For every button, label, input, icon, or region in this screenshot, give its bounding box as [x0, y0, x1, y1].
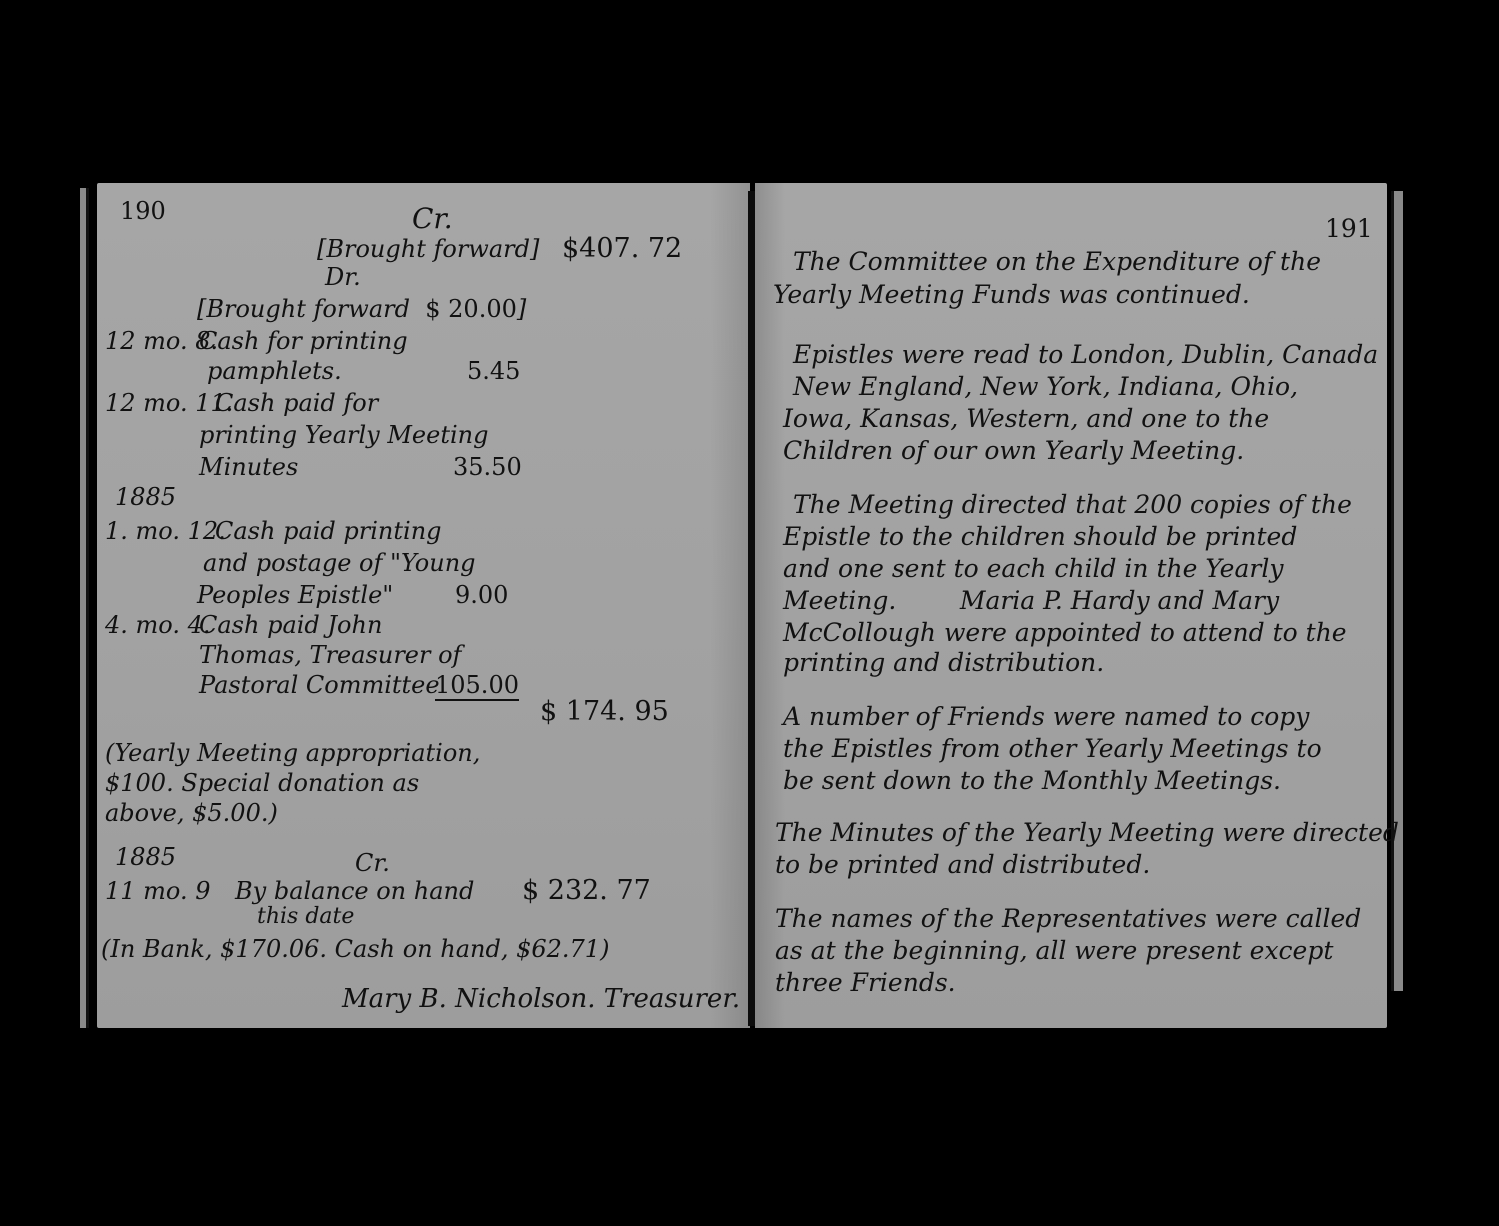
minute-line: and one sent to each child in the Yearly — [783, 555, 1283, 583]
entry-line: Cash paid printing — [215, 517, 442, 545]
entry-amount: 9.00 — [455, 581, 508, 609]
dr-brought-forward: Brought forward $ 20.00 — [197, 295, 526, 323]
entry-amount: 5.45 — [467, 357, 520, 385]
entry-line: and postage of "Young — [203, 549, 476, 577]
minute-line: The names of the Representatives were ca… — [775, 905, 1361, 933]
minute-line: Epistles were read to London, Dublin, Ca… — [793, 341, 1378, 369]
page-shadow — [710, 183, 750, 1028]
minute-line: The Committee on the Expenditure of the — [793, 248, 1321, 276]
minute-line: the Epistles from other Yearly Meetings … — [783, 735, 1322, 763]
entry-amount: 105.00 — [435, 671, 519, 701]
cr-brought-forward-label: Brought forward — [317, 235, 539, 263]
balance-line: By balance on hand — [235, 877, 474, 905]
balance-date: 11 mo. 9 — [105, 877, 210, 905]
page-shadow — [755, 183, 785, 1028]
minute-line: The Minutes of the Yearly Meeting were d… — [775, 819, 1399, 847]
dr-heading: Dr. — [325, 263, 361, 291]
balance-note: (In Bank, $170.06. Cash on hand, $62.71) — [101, 935, 609, 963]
entry-line: pamphlets. — [207, 357, 342, 385]
note-line: $100. Special donation as — [105, 769, 419, 797]
left-page: 190 Cr. Brought forward $407. 72 Dr. Bro… — [97, 183, 750, 1028]
page-number: 191 — [1325, 215, 1373, 243]
right-page: 191 The Committee on the Expenditure of … — [755, 183, 1387, 1028]
book-edge-right — [1391, 191, 1403, 991]
year-heading: 1885 — [115, 843, 176, 871]
entry-line: Minutes — [199, 453, 298, 481]
ledger-spread: 190 Cr. Brought forward $407. 72 Dr. Bro… — [80, 183, 1410, 1035]
note-line: (Yearly Meeting appropriation, — [105, 739, 480, 767]
entry-line: Cash for printing — [199, 327, 408, 355]
minute-line: be sent down to the Monthly Meetings. — [783, 767, 1281, 795]
minute-line: McCollough were appointed to attend to t… — [783, 619, 1347, 647]
minute-line: Yearly Meeting Funds was continued. — [773, 281, 1250, 309]
entry-line: Cash paid John — [199, 611, 382, 639]
balance-amount: $ 232. 77 — [522, 877, 651, 905]
cr-heading: Cr. — [355, 849, 390, 877]
page-number: 190 — [120, 197, 166, 225]
book-edge-left — [80, 188, 89, 1028]
entry-amount: 35.50 — [453, 453, 522, 481]
entry-line: Pastoral Committee — [199, 671, 440, 699]
minute-line: to be printed and distributed. — [775, 851, 1150, 879]
entry-line: Thomas, Treasurer of — [199, 641, 461, 669]
minute-line: Epistle to the children should be printe… — [783, 523, 1297, 551]
entry-line: printing Yearly Meeting — [199, 421, 488, 449]
year-heading: 1885 — [115, 483, 176, 511]
note-line: above, $5.00.) — [105, 799, 278, 827]
minute-line: The Meeting directed that 200 copies of … — [793, 491, 1352, 519]
minute-line: printing and distribution. — [783, 649, 1104, 677]
minute-line: Iowa, Kansas, Western, and one to the — [783, 405, 1269, 433]
treasurer-signature: Mary B. Nicholson. Treasurer. — [342, 985, 740, 1013]
cr-brought-forward-amount: $407. 72 — [562, 235, 682, 263]
entry-line: Cash paid for — [215, 389, 378, 417]
cr-heading: Cr. — [412, 205, 453, 233]
entry-date: 4. mo. 4. — [105, 611, 210, 639]
minute-line: Meeting. Maria P. Hardy and Mary — [783, 587, 1279, 615]
minute-line: as at the beginning, all were present ex… — [775, 937, 1333, 965]
minute-line: A number of Friends were named to copy — [783, 703, 1309, 731]
balance-line: this date — [257, 903, 354, 931]
minute-line: three Friends. — [775, 969, 956, 997]
entry-line: Peoples Epistle" — [197, 581, 393, 609]
total-amount: $ 174. 95 — [540, 698, 669, 726]
minute-line: New England, New York, Indiana, Ohio, — [793, 373, 1298, 401]
minute-line: Children of our own Yearly Meeting. — [783, 437, 1244, 465]
entry-date: 1. mo. 12. — [105, 517, 226, 545]
